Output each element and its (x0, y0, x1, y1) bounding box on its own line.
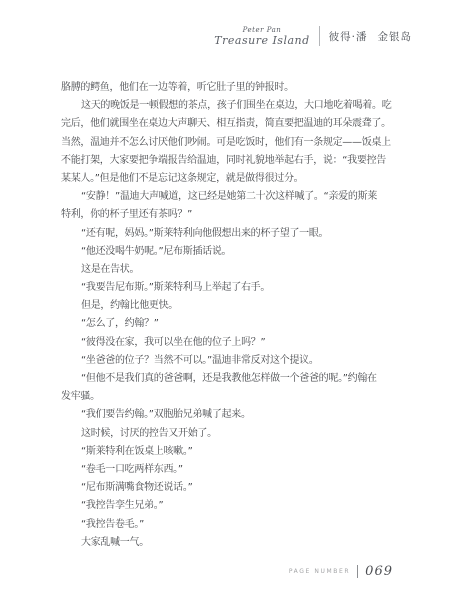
page-body-text: 胳膊的鳄鱼，他们在一边等着，听它肚子里的钟报时。这天的晚饭是一顿假想的茶点，孩子… (61, 79, 397, 552)
book-page: Peter Pan Treasure Island 彼得·潘 金银岛 胳膊的鳄鱼… (0, 0, 450, 600)
header-divider (319, 26, 320, 46)
text-line: 这是在告状。 (61, 261, 397, 279)
text-line: “我控告孪生兄弟。” (61, 497, 397, 515)
text-line: 胳膊的鳄鱼，他们在一边等着，听它肚子里的钟报时。 (61, 79, 397, 97)
text-line: “我控告卷毛。” (61, 516, 397, 534)
text-line: 但是，约翰比他更快。 (61, 297, 397, 315)
text-line: “我们要告约翰。”双胞胎兄弟喊了起来。 (61, 406, 397, 424)
chinese-title: 彼得·潘 金银岛 (329, 29, 412, 44)
text-line: “怎么了，约翰？” (61, 315, 397, 333)
title-cn-treasure-island: 金银岛 (378, 29, 413, 44)
text-line: 这时候，讨厌的控告又开始了。 (61, 425, 397, 443)
treasure-island-script-label: Treasure Island (214, 35, 309, 46)
text-line: “他还没喝牛奶呢。”尼布斯插话说。 (61, 243, 397, 261)
text-line: 发牢骚。 (61, 388, 397, 406)
text-line: “尼布斯满嘴食物还说话。” (61, 479, 397, 497)
text-line: 某某人。”但是他们不是忘记这条规定，就是做得很过分。 (61, 170, 397, 188)
text-line: 大家乱喊一气。 (61, 534, 397, 552)
text-line: “卷毛一口吃两样东西。” (61, 461, 397, 479)
page-footer: PAGE NUMBER 069 (289, 564, 393, 579)
text-line: 这天的晚饭是一顿假想的茶点，孩子们围坐在桌边，大口地吃着喝着。吃 (61, 97, 397, 115)
peter-pan-script-label: Peter Pan (214, 27, 309, 34)
title-cn-peter-pan: 彼得·潘 (329, 29, 368, 44)
text-line: “斯莱特利在饭桌上咳嗽。” (61, 443, 397, 461)
text-line: 特利，你的杯子里还有茶吗？” (61, 206, 397, 224)
text-line: “彼得没在家，我可以坐在他的位子上吗？” (61, 334, 397, 352)
text-line: 当然，温迪并不怎么讨厌他们吵闹。可是吃饭时，他们有一条规定——饭桌上 (61, 134, 397, 152)
text-line: 完后，他们就围坐在桌边大声聊天、相互指责，简直要把温迪的耳朵震聋了。 (61, 115, 397, 133)
text-line: “还有呢，妈妈。”斯莱特利向他假想出来的杯子望了一眼。 (61, 225, 397, 243)
page-header: Peter Pan Treasure Island 彼得·潘 金银岛 (214, 26, 412, 46)
english-series-title: Peter Pan Treasure Island (214, 27, 309, 46)
footer-divider (357, 565, 358, 578)
text-line: 不能打架，大家要把争端报告给温迪，同时礼貌地举起右手，说：“我要控告 (61, 152, 397, 170)
text-line: “我要告尼布斯。”斯莱特利马上举起了右手。 (61, 279, 397, 297)
page-number: 069 (365, 564, 393, 579)
text-line: “坐爸爸的位子？当然不可以。”温迪非常反对这个提议。 (61, 352, 397, 370)
text-line: “安静！”温迪大声喊道，这已经是她第二十次这样喊了。“亲爱的斯莱 (61, 188, 397, 206)
page-number-label: PAGE NUMBER (289, 568, 350, 575)
text-line: “但他不是我们真的爸爸啊，还是我教他怎样做一个爸爸的呢。”约翰在 (61, 370, 397, 388)
